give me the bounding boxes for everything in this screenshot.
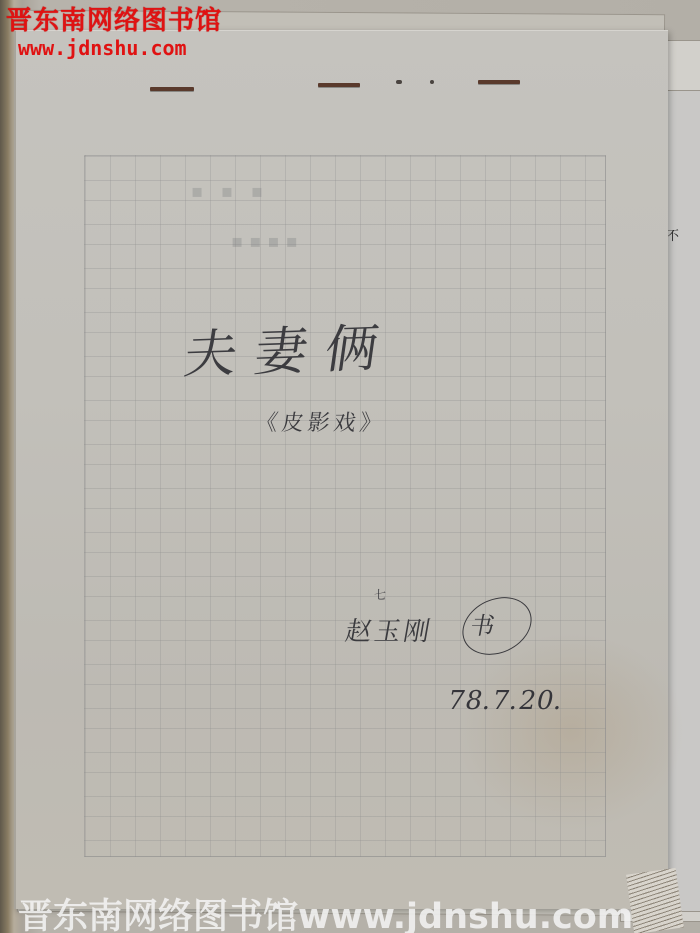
manuscript-grid bbox=[84, 155, 606, 857]
watermark-bottom: 晋东南网络图书馆www.jdnshu.com bbox=[18, 889, 633, 933]
torn-page-corner bbox=[626, 868, 684, 933]
bleed-through-text: ▪ ▪ ▪ bbox=[191, 181, 269, 202]
manuscript-cover-page: ▪ ▪ ▪ ▪▪▪▪ 夫妻俩 《皮影戏》 七 赵玉刚 书 78.7.20. bbox=[14, 30, 668, 909]
bleed-through-text: ▪▪▪▪ bbox=[231, 231, 304, 252]
handwritten-title: 夫妻俩 bbox=[180, 305, 402, 387]
watermark-top-url: www.jdnshu.com bbox=[18, 36, 187, 60]
author-signature: 赵玉刚 bbox=[343, 611, 437, 648]
watermark-top-title: 晋东南网络图书馆 bbox=[6, 0, 222, 37]
author-mark: 七 bbox=[374, 586, 386, 603]
handwritten-subtitle: 《皮影戏》 bbox=[254, 406, 388, 437]
staple-right bbox=[478, 80, 520, 84]
handwritten-date: 78.7.20. bbox=[445, 686, 567, 716]
staple-hole bbox=[430, 80, 434, 84]
photo-scene: 衣不 ▪ ▪ ▪ ▪▪▪▪ 夫妻俩 《皮影戏》 七 赵玉刚 书 78.7.20.… bbox=[0, 0, 700, 933]
staple-left bbox=[150, 87, 194, 91]
staple-hole bbox=[396, 80, 402, 84]
staple-middle bbox=[318, 83, 360, 87]
